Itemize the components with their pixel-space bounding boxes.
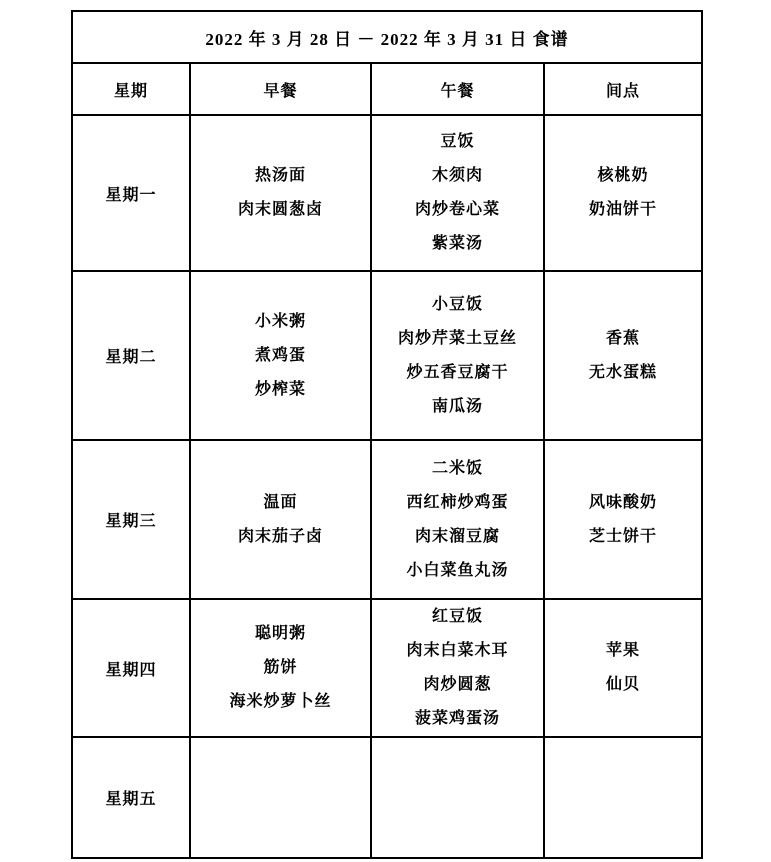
dish-item: 紫菜汤: [372, 227, 543, 261]
header-snack: 间点: [544, 63, 702, 115]
dish-item: 苹果: [545, 634, 701, 668]
dish-item: 风味酸奶: [545, 486, 701, 520]
dish-item: 煮鸡蛋: [191, 339, 370, 373]
dish-item: 小白菜鱼丸汤: [372, 554, 543, 588]
title-row: 2022 年 3 月 28 日 － 2022 年 3 月 31 日 食谱: [72, 11, 702, 63]
lunch-cell-friday: [371, 737, 544, 858]
dish-item: 筋饼: [191, 651, 370, 685]
dish-item: 海米炒萝卜丝: [191, 685, 370, 719]
dish-item: 二米饭: [372, 452, 543, 486]
dish-item: 肉末白菜木耳: [372, 634, 543, 668]
dish-item: 热汤面: [191, 159, 370, 193]
snack-cell-tuesday: 香蕉无水蛋糕: [544, 271, 702, 440]
dish-item: 芝士饼干: [545, 520, 701, 554]
header-lunch: 午餐: [371, 63, 544, 115]
dish-item: 奶油饼干: [545, 193, 701, 227]
dish-item: 仙贝: [545, 668, 701, 702]
header-row: 星期 早餐 午餐 间点: [72, 63, 702, 115]
day-label-tuesday: 星期二: [72, 271, 190, 440]
dish-item: 豆饭: [372, 125, 543, 159]
lunch-cell-thursday: 红豆饭肉末白菜木耳肉炒圆葱菠菜鸡蛋汤: [371, 599, 544, 737]
dish-item: 西红柿炒鸡蛋: [372, 486, 543, 520]
dish-item: 菠菜鸡蛋汤: [372, 702, 543, 736]
dish-item: 红豆饭: [372, 600, 543, 634]
breakfast-cell-monday: 热汤面肉末圆葱卤: [190, 115, 371, 271]
dish-item: 炒榨菜: [191, 373, 370, 407]
snack-cell-friday: [544, 737, 702, 858]
breakfast-cell-wednesday: 温面肉末茄子卤: [190, 440, 371, 599]
snack-cell-monday: 核桃奶奶油饼干: [544, 115, 702, 271]
day-label-friday: 星期五: [72, 737, 190, 858]
document-page: 2022 年 3 月 28 日 － 2022 年 3 月 31 日 食谱 星期 …: [0, 0, 771, 862]
document-title: 2022 年 3 月 28 日 － 2022 年 3 月 31 日 食谱: [72, 11, 702, 63]
breakfast-cell-friday: [190, 737, 371, 858]
day-label-monday: 星期一: [72, 115, 190, 271]
header-breakfast: 早餐: [190, 63, 371, 115]
table-row-monday: 星期一 热汤面肉末圆葱卤 豆饭木须肉肉炒卷心菜紫菜汤 核桃奶奶油饼干: [72, 115, 702, 271]
dish-item: 肉炒圆葱: [372, 668, 543, 702]
dish-item: 肉末圆葱卤: [191, 193, 370, 227]
dish-item: 炒五香豆腐干: [372, 356, 543, 390]
day-label-thursday: 星期四: [72, 599, 190, 737]
dish-item: 木须肉: [372, 159, 543, 193]
dish-item: 小豆饭: [372, 288, 543, 322]
dish-item: 小米粥: [191, 305, 370, 339]
table-row-tuesday: 星期二 小米粥煮鸡蛋炒榨菜 小豆饭肉炒芹菜土豆丝炒五香豆腐干南瓜汤 香蕉无水蛋糕: [72, 271, 702, 440]
dish-item: 肉末茄子卤: [191, 520, 370, 554]
menu-table: 2022 年 3 月 28 日 － 2022 年 3 月 31 日 食谱 星期 …: [71, 10, 703, 859]
lunch-cell-wednesday: 二米饭西红柿炒鸡蛋肉末溜豆腐小白菜鱼丸汤: [371, 440, 544, 599]
dish-item: 南瓜汤: [372, 390, 543, 424]
dish-item: 香蕉: [545, 322, 701, 356]
dish-item: 无水蛋糕: [545, 356, 701, 390]
dish-item: 温面: [191, 486, 370, 520]
snack-cell-thursday: 苹果仙贝: [544, 599, 702, 737]
day-label-wednesday: 星期三: [72, 440, 190, 599]
snack-cell-wednesday: 风味酸奶芝士饼干: [544, 440, 702, 599]
breakfast-cell-tuesday: 小米粥煮鸡蛋炒榨菜: [190, 271, 371, 440]
dish-item: 肉炒卷心菜: [372, 193, 543, 227]
dish-item: 核桃奶: [545, 159, 701, 193]
dish-item: 聪明粥: [191, 617, 370, 651]
dish-item: 肉炒芹菜土豆丝: [372, 322, 543, 356]
table-row-wednesday: 星期三 温面肉末茄子卤 二米饭西红柿炒鸡蛋肉末溜豆腐小白菜鱼丸汤 风味酸奶芝士饼…: [72, 440, 702, 599]
table-row-thursday: 星期四 聪明粥筋饼海米炒萝卜丝 红豆饭肉末白菜木耳肉炒圆葱菠菜鸡蛋汤 苹果仙贝: [72, 599, 702, 737]
dish-item: 肉末溜豆腐: [372, 520, 543, 554]
lunch-cell-tuesday: 小豆饭肉炒芹菜土豆丝炒五香豆腐干南瓜汤: [371, 271, 544, 440]
header-weekday: 星期: [72, 63, 190, 115]
table-row-friday: 星期五: [72, 737, 702, 858]
lunch-cell-monday: 豆饭木须肉肉炒卷心菜紫菜汤: [371, 115, 544, 271]
breakfast-cell-thursday: 聪明粥筋饼海米炒萝卜丝: [190, 599, 371, 737]
